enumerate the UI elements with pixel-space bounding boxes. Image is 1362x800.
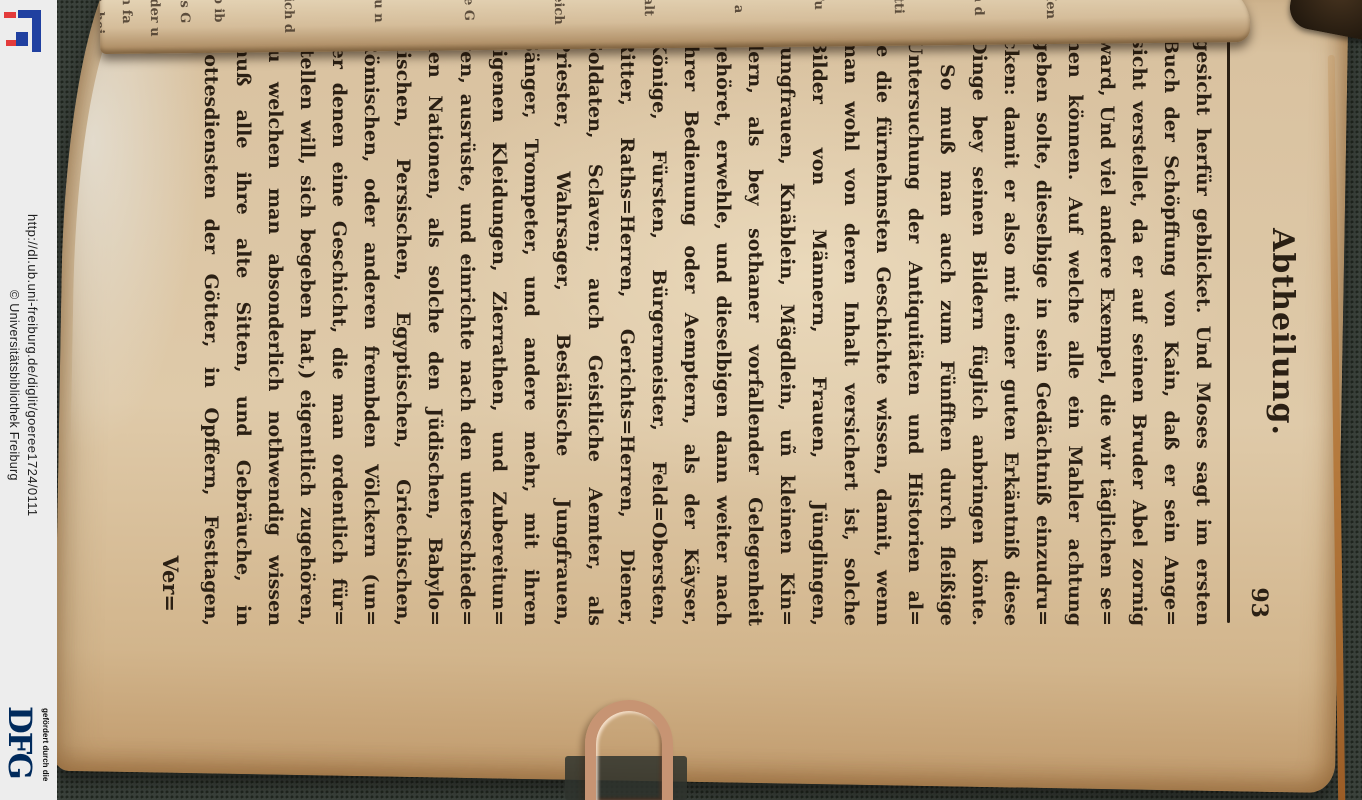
text-line: Soldaten, Sclaven; auch Geistliche Aemte… — [579, 38, 611, 626]
text-line: ward, Und viel andere Exempel, die wir t… — [1091, 38, 1123, 626]
page-text-layer: Abtheilung. 93 gesicht herfür geblicket.… — [70, 38, 1318, 626]
edge-text-fragment: sitti — [891, 0, 906, 14]
page-number: 93 — [1246, 587, 1272, 618]
text-line: Buch der Schöpffung von Kain, daß er sei… — [1155, 38, 1187, 626]
edge-text-fragment: halt — [641, 0, 656, 16]
text-line: ter denen eine Geschicht, die man ordent… — [323, 38, 355, 626]
text-line: man wohl von deren Inhalt versichert ist… — [835, 38, 867, 626]
scan-margin-strip: http://dl.ub.uni-freiburg.de/diglit/goer… — [0, 0, 57, 800]
ub-freiburg-logo-icon — [4, 6, 50, 54]
text-line: eigenen Kleidungen, Zierrathen, und Zube… — [483, 38, 515, 626]
text-line: ihrer Bedienung oder Aemptern, als der K… — [675, 38, 707, 626]
text-line: sicht verstellet, da er auf seinen Brude… — [1123, 38, 1155, 626]
text-line: gesicht herfür geblicket. Und Moses sagt… — [1187, 38, 1219, 626]
text-line: muß alle ihre alte Sitten, und Gebräuche… — [227, 38, 259, 626]
edge-text-fragment: eich — [551, 0, 566, 25]
text-line: dern, als bey sothaner vorfallender Gele… — [739, 38, 771, 626]
edge-text-fragment: it a — [731, 0, 746, 13]
edge-text-fragment: es G — [177, 0, 192, 23]
header-rule — [1227, 39, 1230, 623]
running-header: Abtheilung. — [1265, 38, 1300, 626]
logo-block — [32, 10, 41, 52]
text-line: Bilder von Männern, Frauen, Jünglingen, — [803, 38, 835, 626]
page-holder-clip — [585, 700, 673, 800]
text-line: gehöret, erwehle, und dieselbigen dann w… — [707, 38, 739, 626]
edge-text-fragment: der u — [147, 0, 162, 37]
edge-text-fragment: n fa — [119, 0, 134, 24]
catchword: Ver= — [158, 556, 183, 612]
text-line: le die fürnehmsten Geschichte wissen, da… — [867, 38, 899, 626]
edge-text-fragment: Hen — [1043, 0, 1058, 19]
text-line: Sänger, Trompeter, und andere mehr, mit … — [515, 38, 547, 626]
text-line: nischen, Persischen, Egyptischen, Griech… — [387, 38, 419, 626]
text-line: Untersuchung der Antiquitäten und Histor… — [899, 38, 931, 626]
text-line: stellen will, sich begeben hat,) eigentl… — [291, 38, 323, 626]
edge-text-fragment: b ib — [211, 0, 226, 23]
text-line: geben solte, dieselbige in sein Gedächtn… — [1027, 38, 1059, 626]
edge-text-fragment: du n — [371, 0, 386, 23]
text-line: Ritter, Raths=Herren, Gerichts=Herren, D… — [611, 38, 643, 626]
dfg-logo: DFG — [1, 706, 39, 778]
logo-block — [16, 32, 28, 46]
text-line: Priester, Wahrsager, Bestälische Jungfra… — [547, 38, 579, 626]
text-line: Gottesdiensten der Götter, in Opffern, F… — [195, 38, 227, 626]
text-line: Römischen, oder anderen frembden Völcker… — [355, 38, 387, 626]
text-line: So muß man auch zum Fünfften durch fleiß… — [931, 38, 963, 626]
edge-text-fragment: n, hei — [100, 0, 106, 34]
text-line: cken: damit er also mit einer guten Erkä… — [995, 38, 1027, 626]
text-line: zu welchen man absonderlich nothwendig w… — [259, 38, 291, 626]
edge-text-fragment: le G — [461, 0, 476, 21]
logo-block — [6, 40, 16, 46]
edge-text-fragment: ra d — [971, 0, 986, 16]
edge-text-fragment: ich d — [281, 0, 296, 33]
book-scan-scene: Abtheilung. 93 gesicht herfür geblicket.… — [0, 0, 1362, 800]
source-url-text: http://dl.ub.uni-freiburg.de/diglit/goer… — [25, 214, 40, 517]
text-line: nen Nationen, als solche den Jüdischen, … — [419, 38, 451, 626]
dfg-caption-text: gefördert durch die — [41, 708, 50, 781]
text-line: Dinge bey seinen Bildern füglich anbring… — [963, 38, 995, 626]
text-line: hen können. Auf welche alle ein Mahler a… — [1059, 38, 1091, 626]
logo-block — [4, 12, 16, 18]
text-line: Jungfrauen, Knäblein, Mägdlein, uñ klein… — [771, 38, 803, 626]
text-line: Könige, Fürsten, Bürgermeister, Feld=Obe… — [643, 38, 675, 626]
edge-text-fragment: Fu — [811, 0, 826, 10]
text-line: gen, ausrüste, und einrichte nach den un… — [451, 38, 483, 626]
copyright-text: © Universitätsbibliothek Freiburg — [7, 290, 21, 481]
text-block: gesicht herfür geblicket. Und Moses sagt… — [195, 38, 1219, 626]
